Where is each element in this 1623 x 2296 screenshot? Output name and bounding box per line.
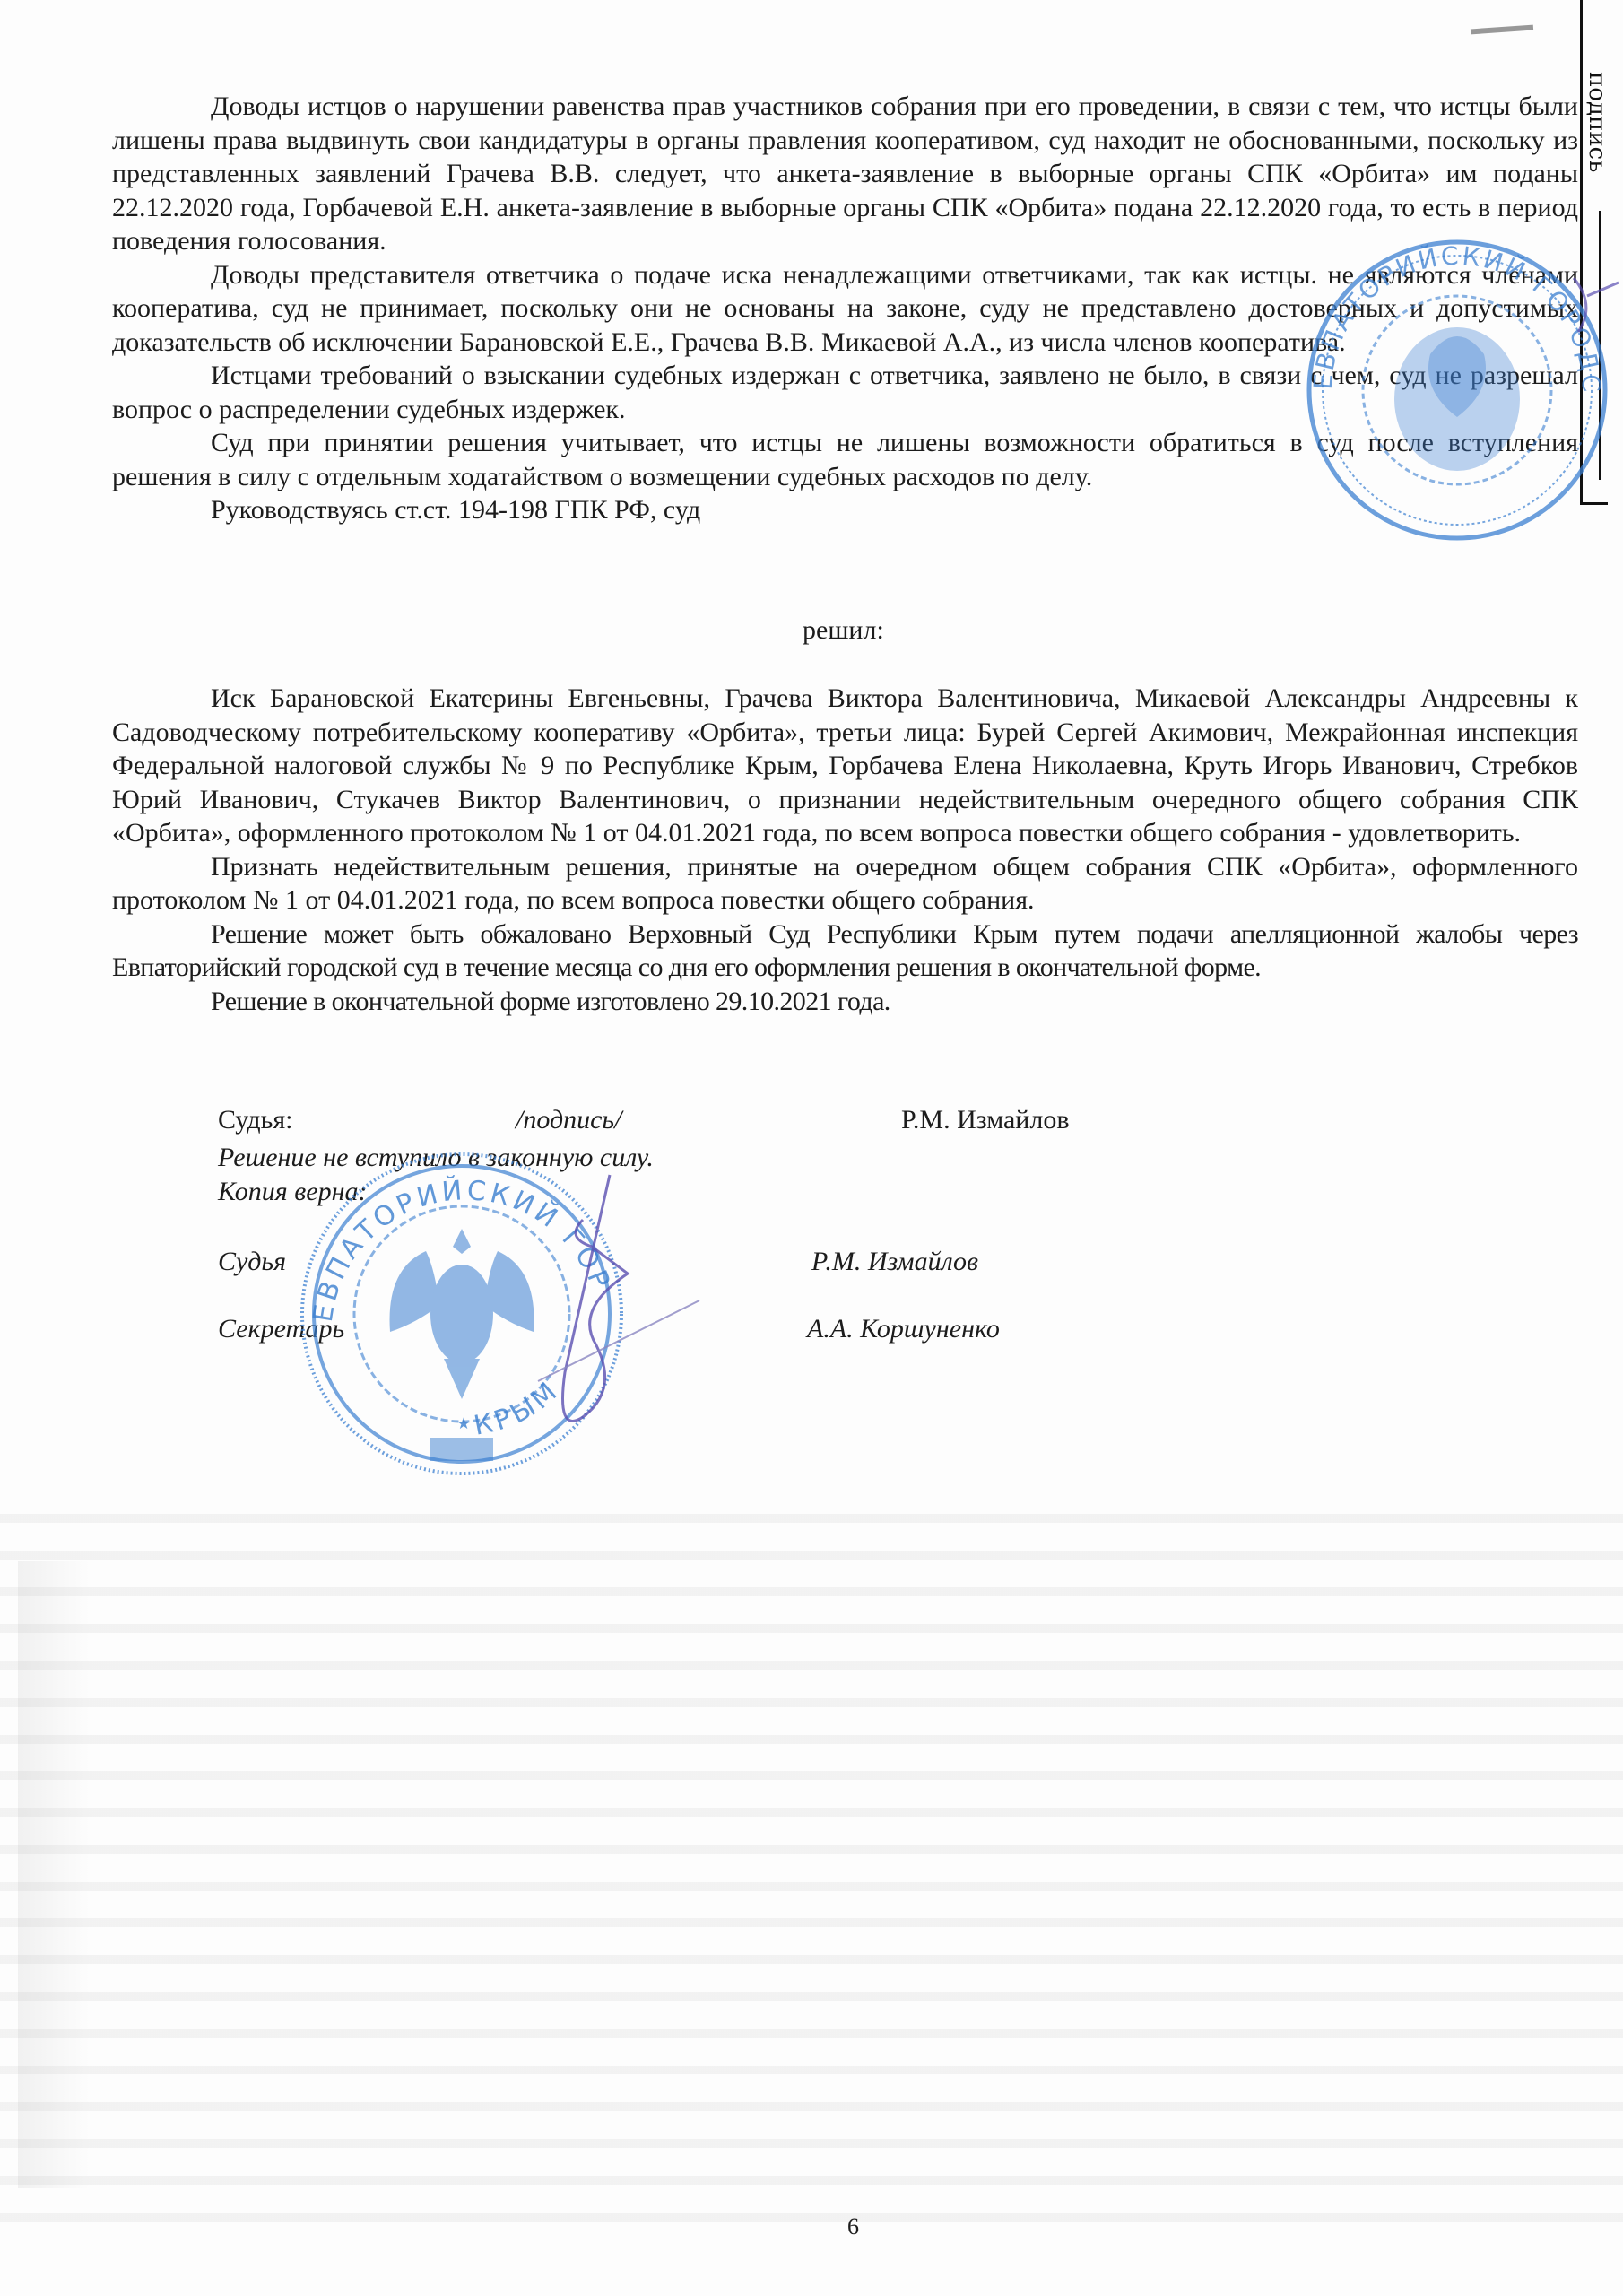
resolution-section: Иск Барановской Екатерины Евгеньевны, Гр… (112, 682, 1578, 1018)
judge-name-copy: Р.М. Измайлов (811, 1247, 978, 1277)
decision-heading: решил: (803, 615, 884, 646)
judge-label-copy: Судья (218, 1247, 286, 1277)
resolution-invalidate: Признать недействительным решения, приня… (112, 850, 1578, 918)
signature-placeholder: /подпись/ (516, 1105, 621, 1135)
secretary-name: А.А. Коршуненко (807, 1314, 1000, 1344)
paragraph-improper-defendants: Доводы представителя ответчика о подаче … (112, 258, 1578, 360)
paragraph-court-costs: Истцами требований о взыскании судебных … (112, 359, 1578, 426)
margin-signature-label: подпись (1584, 72, 1610, 197)
page-number: 6 (847, 2213, 859, 2240)
copy-true-note: Копия верна: (218, 1177, 367, 1207)
paragraph-guided-by: Руководствуясь ст.ст. 194-198 ГПК РФ, су… (112, 493, 1578, 527)
paragraph-equality-rights: Доводы истцов о нарушении равенства прав… (112, 90, 1578, 258)
faded-show-through-text (0, 1489, 1623, 2224)
secretary-label: Секретарь (218, 1314, 344, 1344)
scan-shadow (18, 1561, 90, 2188)
not-in-force-note: Решение не вступило в законную силу. (218, 1143, 654, 1173)
resolution-final-date: Решение в окончательной форме изготовлен… (112, 985, 1578, 1019)
svg-text:★: ★ (456, 1414, 471, 1433)
paragraph-reimbursement: Суд при принятии решения учитывает, что … (112, 426, 1578, 493)
reasoning-section: Доводы истцов о нарушении равенства прав… (112, 90, 1578, 527)
judge-label: Судья: (218, 1105, 292, 1135)
svg-text:КРЫМ: КРЫМ (472, 1374, 566, 1441)
resolution-claim: Иск Барановской Екатерины Евгеньевны, Гр… (112, 682, 1578, 850)
resolution-appeal: Решение может быть обжаловано Верховный … (112, 918, 1578, 985)
handwritten-signature-icon (430, 1166, 717, 1462)
margin-signature-line (1599, 211, 1601, 480)
judge-name: Р.М. Измайлов (901, 1105, 1070, 1135)
scan-mark (1471, 25, 1533, 35)
